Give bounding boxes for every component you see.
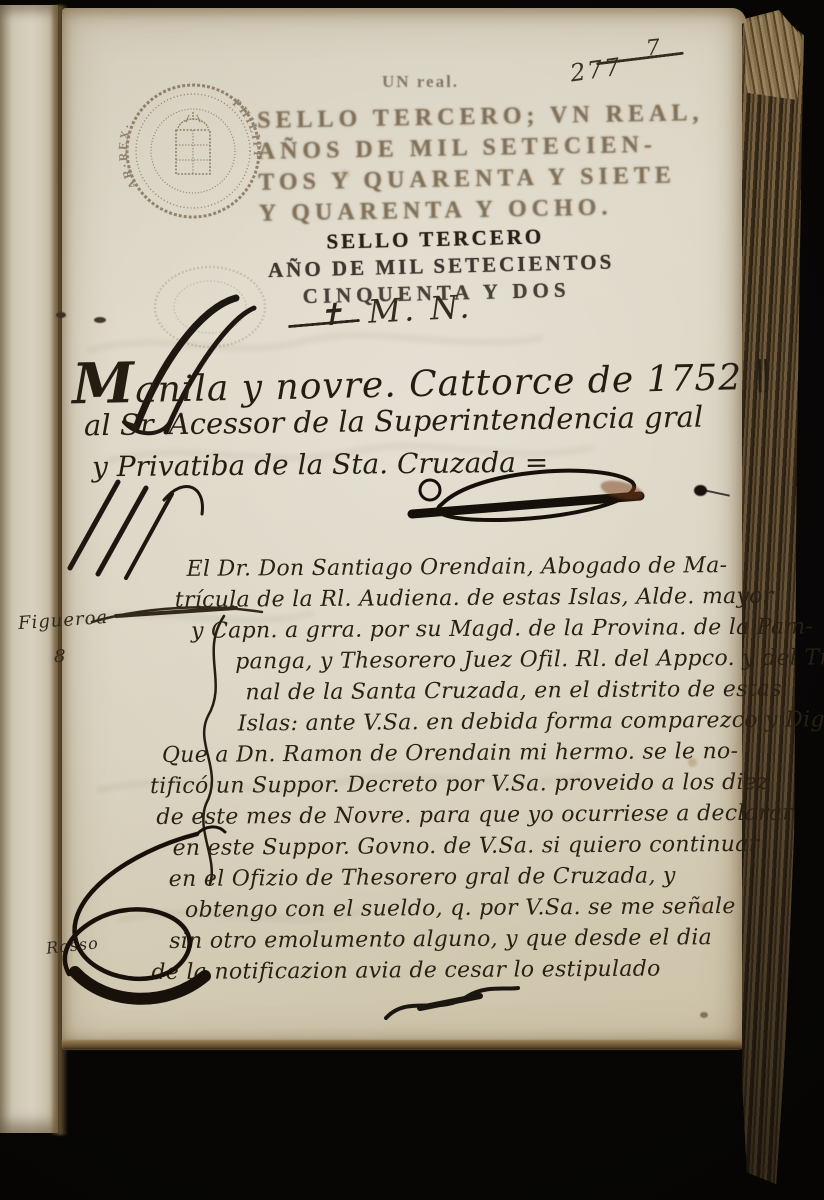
margin-number: 8 <box>54 646 65 667</box>
body-line: obtengo con el sueldo, q. por V.Sa. se m… <box>151 891 751 926</box>
body-line: nal de la Santa Cruzada, en el distrito … <box>149 674 749 709</box>
ink-flourish-margin-loop <box>45 822 240 1017</box>
embossed-seal: AR·REX· PHILIPP <box>120 78 266 224</box>
body-line: en este Suppor. Govno. de V.Sa. si quier… <box>150 829 750 864</box>
body-line: de este mes de Novre. para que yo ocurri… <box>150 798 750 833</box>
body-line: Que a Dn. Ramon de Orendain mi hermo. se… <box>150 736 750 771</box>
foxing-spot <box>340 170 350 178</box>
wear-mark <box>56 312 66 318</box>
invocation-monogram: M. N. <box>367 287 473 330</box>
ink-flourish-closing <box>380 980 530 1028</box>
body-line: tificó un Suppor. Decreto por V.Sa. prov… <box>150 767 750 802</box>
body-line: sin otro emolumento alguno, y que desde … <box>151 922 751 957</box>
body-line: panga, y Thesorero Juez Ofil. Rl. del Ap… <box>149 643 749 678</box>
page-bottom-edge <box>62 1040 746 1050</box>
invocation-cross: ✝ <box>317 297 345 334</box>
wear-mark <box>94 317 106 323</box>
foxing-spot <box>688 758 697 767</box>
body-line: Islas: ante V.Sa. en debida forma compar… <box>150 705 750 740</box>
photo-backdrop: 277 7 AR·REX· PHILIPP UN real. SELLO TER… <box>0 0 824 1200</box>
faded-tax-stamp: SELLO TERCERO; VN REAL, AÑOS DE MIL SETE… <box>257 98 699 230</box>
margin-signature-flourish <box>88 598 268 630</box>
body-line: El Dr. Don Santiago Orendain, Abogado de… <box>148 550 748 585</box>
foxing-spot <box>700 1012 708 1018</box>
body-line: en el Ofizio de Thesorero gral de Cruzad… <box>151 860 751 895</box>
svg-text:AR·REX·: AR·REX· <box>116 120 141 192</box>
foxing-spot <box>700 903 707 910</box>
stamp-denomination: UN real. <box>382 72 459 92</box>
fore-edge-binding-top <box>744 10 802 100</box>
seal-legend-left: AR·REX· <box>116 120 141 192</box>
